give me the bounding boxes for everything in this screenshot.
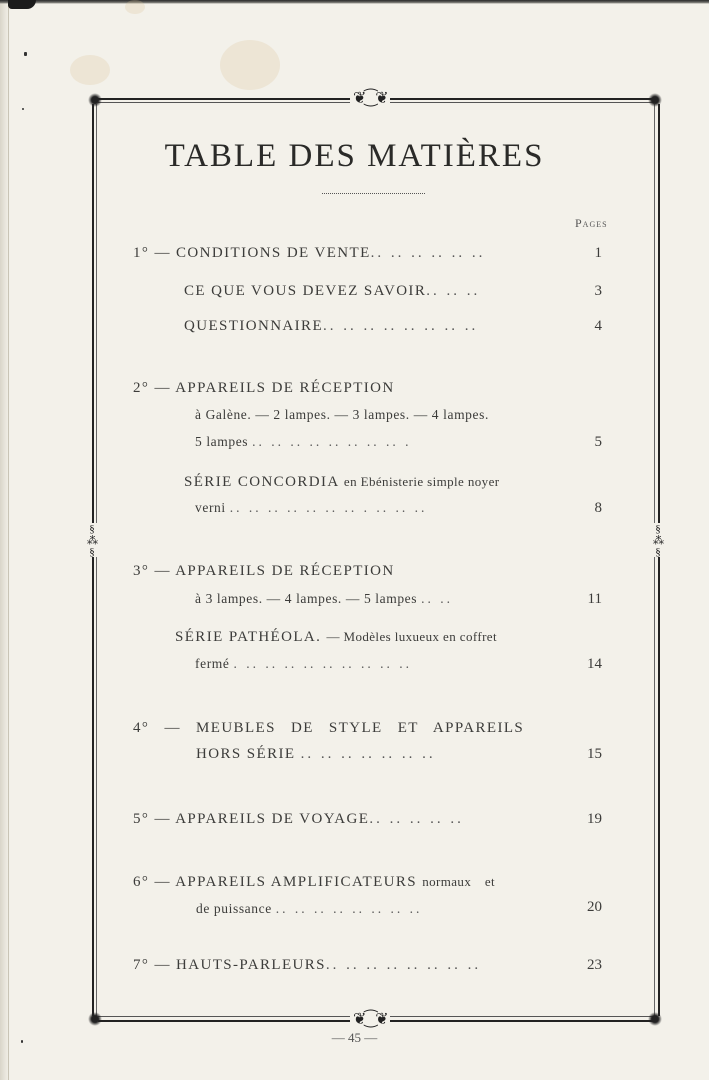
page-title: TABLE DES MATIÈRES [0, 138, 709, 175]
left-side-ornament-icon: §⁂§ [87, 523, 97, 557]
page-number: 1 [562, 245, 602, 262]
corner-ornament-icon [88, 93, 102, 107]
entry-title: HAUTS-PARLEURS [176, 957, 326, 973]
entry-title: MEUBLES DE STYLE ET APPAREILS [196, 720, 524, 736]
leader-dots: . .. .. .. .. .. .. .. .. .. [233, 656, 412, 671]
toc-entry-4: 4° — MEUBLES DE STYLE ET APPAREILS [133, 720, 524, 737]
entry-title-rest: normaux et [422, 874, 495, 889]
entry-prefix: 1° — [133, 245, 171, 261]
entry-subtext: fermé [195, 656, 229, 671]
entry-prefix: 6° — [133, 874, 171, 890]
page-number: 4 [562, 318, 602, 335]
entry-prefix: 4° — [133, 720, 181, 736]
pages-column-header: Pages [575, 216, 608, 231]
toc-entry-6-line2: de puissance .. .. .. .. .. .. .. .. [196, 901, 422, 917]
top-center-ornament-icon: ❦⁐❦ [350, 91, 390, 107]
page-number: 14 [562, 656, 602, 673]
page-number: 19 [562, 811, 602, 828]
frame-right-rule-inner [654, 104, 655, 1016]
frame-left-rule [92, 104, 94, 1016]
corner-ornament-icon [648, 93, 662, 107]
toc-entry-2b: SÉRIE CONCORDIA en Ebénisterie simple no… [184, 474, 499, 491]
title-dotted-rule [322, 193, 425, 194]
toc-entry-3-line1: à 3 lampes. — 4 lampes. — 5 lampes .. .. [195, 591, 453, 607]
paper-stain [220, 40, 280, 90]
speck [22, 108, 24, 110]
frame-right-rule [658, 104, 660, 1016]
entry-subtext: HORS SÉRIE [196, 746, 295, 762]
leader-dots: .. .. .. .. .. .. .. .. [326, 957, 481, 973]
toc-entry-6: 6° — APPAREILS AMPLIFICATEURS normaux et [133, 874, 495, 891]
entry-title: APPAREILS AMPLIFICATEURS [175, 874, 417, 890]
leader-dots: .. .. .. .. .. .. .. .. [323, 318, 478, 334]
entry-subtext: verni [195, 500, 226, 515]
entry-title: SÉRIE CONCORDIA [184, 474, 339, 490]
entry-title: APPAREILS DE RÉCEPTION [175, 563, 394, 579]
toc-entry-1: 1° — CONDITIONS DE VENTE.. .. .. .. .. .… [133, 245, 485, 262]
entry-prefix: 3° — [133, 563, 171, 579]
entry-title: QUESTIONNAIRE [184, 318, 323, 334]
toc-entry-2-line2: 5 lampes .. .. .. .. .. .. .. .. . [195, 434, 412, 450]
bottom-center-ornament-icon: ❦⁐❦ [350, 1012, 390, 1028]
entry-subtext: de puissance [196, 901, 272, 916]
leader-dots: .. .. .. [426, 283, 480, 299]
page-folio: — 45 — [0, 1030, 709, 1046]
leader-dots: .. .. .. .. .. .. [371, 245, 486, 261]
toc-entry-3: 3° — APPAREILS DE RÉCEPTION [133, 563, 395, 580]
entry-prefix: 7° — [133, 957, 171, 973]
leader-dots: .. .. [421, 591, 453, 606]
toc-entry-3b-line2: fermé . .. .. .. .. .. .. .. .. .. [195, 656, 412, 672]
page-number: 15 [562, 746, 602, 763]
leader-dots: .. .. .. .. .. .. .. .. . [252, 434, 411, 449]
toc-entry-1c: QUESTIONNAIRE.. .. .. .. .. .. .. .. [184, 318, 478, 335]
entry-prefix: 5° — [133, 811, 171, 827]
leader-dots: .. .. .. .. .. .. .. . .. .. .. [230, 500, 428, 515]
page-number: 3 [562, 283, 602, 300]
paper-stain [125, 0, 145, 14]
entry-subtext: 5 lampes [195, 434, 248, 449]
page-top-edge [0, 0, 709, 4]
entry-title: APPAREILS DE VOYAGE [175, 811, 369, 827]
page-number: 5 [562, 434, 602, 451]
corner-ornament-icon [648, 1012, 662, 1026]
toc-entry-2-line1: à Galène. — 2 lampes. — 3 lampes. — 4 la… [195, 407, 489, 423]
leader-dots: .. .. .. .. .. [369, 811, 464, 827]
corner-ornament-icon [88, 1012, 102, 1026]
page-number: 20 [562, 899, 602, 916]
right-side-ornament-icon: §⁂§ [653, 523, 663, 557]
toc-entry-4-line2: HORS SÉRIE .. .. .. .. .. .. .. [196, 746, 436, 763]
page-number: 11 [562, 591, 602, 608]
toc-entry-2b-line2: verni .. .. .. .. .. .. .. . .. .. .. [195, 500, 427, 516]
entry-title: CE QUE VOUS DEVEZ SAVOIR [184, 283, 426, 299]
toc-entry-2: 2° — APPAREILS DE RÉCEPTION [133, 380, 395, 397]
entry-title-rest: — Modèles luxueux en coffret [326, 629, 497, 644]
toc-entry-1b: CE QUE VOUS DEVEZ SAVOIR.. .. .. [184, 283, 480, 300]
paper-stain [70, 55, 110, 85]
speck [24, 52, 27, 56]
toc-entry-5: 5° — APPAREILS DE VOYAGE.. .. .. .. .. [133, 811, 464, 828]
page-number: 23 [562, 957, 602, 974]
page-number: 8 [562, 500, 602, 517]
entry-prefix: 2° — [133, 380, 171, 396]
entry-title: CONDITIONS DE VENTE [176, 245, 371, 261]
entry-subtext: à 3 lampes. — 4 lampes. — 5 lampes [195, 591, 417, 606]
leader-dots: .. .. .. .. .. .. .. [301, 746, 436, 762]
entry-title: SÉRIE PATHÉOLA. [175, 629, 321, 645]
leader-dots: .. .. .. .. .. .. .. .. [276, 901, 423, 916]
frame-left-rule-inner [96, 104, 97, 1016]
entry-title-rest: en Ebénisterie simple noyer [344, 474, 500, 489]
toc-entry-3b: SÉRIE PATHÉOLA. — Modèles luxueux en cof… [175, 629, 497, 646]
toc-entry-7: 7° — HAUTS-PARLEURS.. .. .. .. .. .. .. … [133, 957, 481, 974]
entry-title: APPAREILS DE RÉCEPTION [175, 380, 394, 396]
ink-blot [8, 0, 36, 9]
